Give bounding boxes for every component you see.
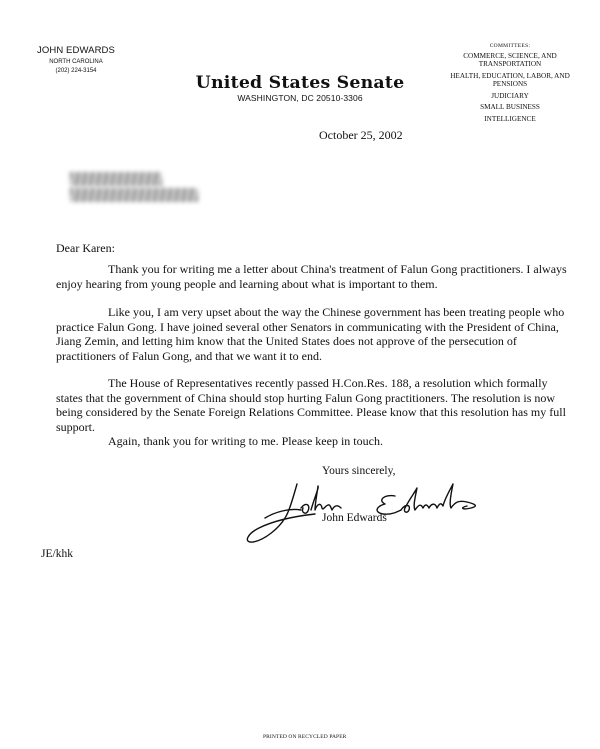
committee-list: COMMITTEES: COMMERCE, SCIENCE, AND TRANS… bbox=[440, 42, 580, 126]
senator-name: JOHN EDWARDS bbox=[26, 46, 126, 57]
committees-heading: COMMITTEES: bbox=[440, 42, 580, 51]
senator-state: NORTH CAROLINA bbox=[26, 59, 126, 66]
letter-date: October 25, 2002 bbox=[319, 128, 403, 143]
masthead: United States Senate WASHINGTON, DC 2051… bbox=[190, 74, 410, 103]
committee-item: JUDICIARY bbox=[440, 92, 580, 101]
senator-phone: (202) 224-3154 bbox=[26, 68, 126, 75]
committee-item: COMMERCE, SCIENCE, AND TRANSPORTATION bbox=[440, 52, 580, 69]
committee-item: INTELLIGENCE bbox=[440, 115, 580, 124]
masthead-address: WASHINGTON, DC 20510-3306 bbox=[190, 93, 410, 103]
signer-name: John Edwards bbox=[322, 512, 387, 524]
body-paragraph: Again, thank you for writing to me. Plea… bbox=[56, 434, 568, 449]
closing: Yours sincerely, bbox=[322, 465, 395, 477]
body-paragraph: Thank you for writing me a letter about … bbox=[56, 262, 568, 291]
masthead-title: United States Senate bbox=[188, 74, 412, 92]
typist-initials: JE/khk bbox=[41, 548, 73, 560]
body-paragraph: Like you, I am very upset about the way … bbox=[56, 305, 568, 363]
committee-item: SMALL BUSINESS bbox=[440, 103, 580, 112]
committee-item: HEALTH, EDUCATION, LABOR, AND PENSIONS bbox=[440, 72, 580, 89]
body-paragraph: The House of Representatives recently pa… bbox=[56, 376, 568, 434]
redacted-recipient-address bbox=[70, 170, 200, 210]
senator-letterhead: JOHN EDWARDS NORTH CAROLINA (202) 224-31… bbox=[26, 46, 126, 75]
salutation: Dear Karen: bbox=[56, 241, 115, 256]
recycled-paper-note: PRINTED ON RECYCLED PAPER bbox=[263, 734, 346, 740]
